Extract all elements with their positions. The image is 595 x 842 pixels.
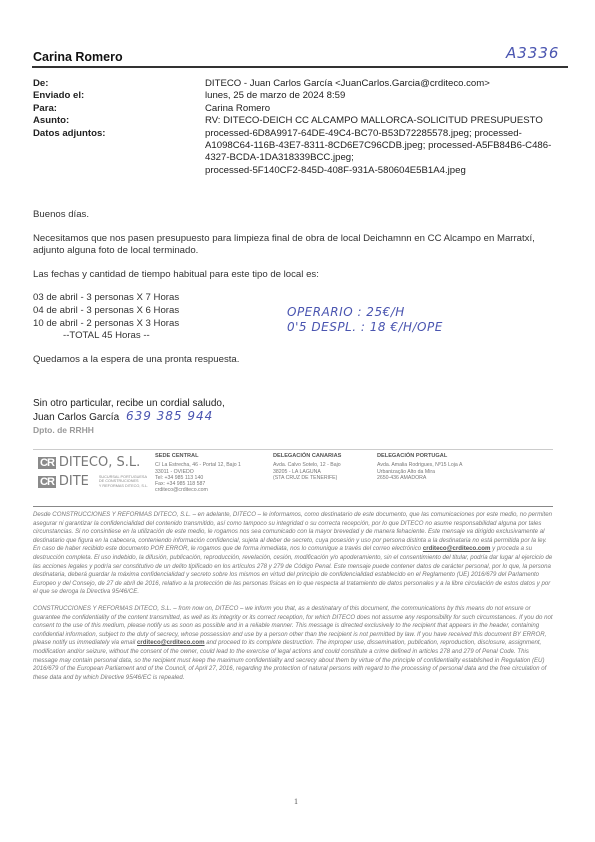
schedule-line: 03 de abril - 3 personas X 7 Horas <box>33 292 553 305</box>
disclaimer-divider <box>33 506 553 507</box>
email-metadata: De: DITECO - Juan Carlos García <JuanCar… <box>33 78 563 177</box>
handwritten-rate-travel: 0'5 DESPL. : 18 €/H/OPE <box>287 320 443 335</box>
attachments-row: Datos adjuntos: processed-6D8A9917-64DE-… <box>33 128 563 178</box>
office-headquarters: SEDE CENTRAL C/ La Estrecha, 46 - Portal… <box>155 453 241 494</box>
sent-value: lunes, 25 de marzo de 2024 8:59 <box>205 90 563 102</box>
sent-row: Enviado el: lunes, 25 de marzo de 2024 8… <box>33 90 563 102</box>
handwritten-rates-note: OPERARIO : 25€/H 0'5 DESPL. : 18 €/H/OPE <box>287 305 443 335</box>
office-email-link[interactable]: crditeco@crditeco.com <box>155 487 241 493</box>
signature-block: Sin otro particular, recibe un cordial s… <box>33 398 225 437</box>
company-logos: CR DITECO, S.L. CR DITE SUCURSAL PORTUGU… <box>38 454 148 492</box>
signature-department: Dpto. de RRHH <box>33 424 225 436</box>
attachments-list: processed-6D8A9917-64DE-49C4-BC70-B53D72… <box>205 128 563 178</box>
mailbox-owner-name: Carina Romero <box>33 50 123 64</box>
disclaimer-email-link[interactable]: crditeco@crditeco.com <box>423 545 491 552</box>
from-value: DITECO - Juan Carlos García <JuanCarlos.… <box>205 78 563 90</box>
letterhead-divider <box>33 449 553 450</box>
handwritten-reference-code: A3336 <box>506 44 559 62</box>
from-row: De: DITECO - Juan Carlos García <JuanCar… <box>33 78 563 90</box>
page-number: 1 <box>294 797 298 806</box>
request-paragraph: Necesitamos que nos pasen presupuesto pa… <box>33 233 553 258</box>
handwritten-phone: 639 385 944 <box>126 409 213 423</box>
office-canarias: DELEGACIÓN CANARIAS Avda. Calvo Sotelo, … <box>273 453 341 481</box>
attachments-label: Datos adjuntos: <box>33 128 205 178</box>
greeting: Buenos días. <box>33 209 553 222</box>
office-portugal: DELEGACIÓN PORTUGAL Avda. Amalia Rodrigu… <box>377 453 462 481</box>
subject-row: Asunto: RV: DITECO-DEICH CC ALCAMPO MALL… <box>33 115 563 127</box>
company-subtitle: SUCURSAL PORTUGUESA DE CONSTRUCIONES Y R… <box>99 475 148 489</box>
to-label: Para: <box>33 103 205 115</box>
handwritten-rate-operator: OPERARIO : 25€/H <box>287 305 443 320</box>
logo-dite-portugal: CR DITE SUCURSAL PORTUGUESA DE CONSTRUCI… <box>38 473 148 490</box>
company-name: DITECO, S.L. <box>59 455 140 470</box>
from-label: De: <box>33 78 205 90</box>
subject-label: Asunto: <box>33 115 205 127</box>
cr-logo-icon: CR <box>38 476 56 488</box>
subject-value: RV: DITECO-DEICH CC ALCAMPO MALLORCA-SOL… <box>205 115 563 127</box>
header-divider <box>32 66 568 68</box>
company-name-short: DITE <box>59 474 89 489</box>
signature-name: Juan Carlos García <box>33 412 119 423</box>
disclaimer-spanish: Desde CONSTRUCCIONES Y REFORMAS DITECO, … <box>33 511 555 597</box>
sent-label: Enviado el: <box>33 90 205 102</box>
to-value: Carina Romero <box>205 103 563 115</box>
attachment-file[interactable]: processed-6D8A9917-64DE-49C4-BC70-B53D72… <box>205 128 472 139</box>
schedule-intro: Las fechas y cantidad de tiempo habitual… <box>33 269 553 282</box>
attachment-file[interactable]: processed-5F140CF2-845D-408F-931A-580604… <box>205 165 466 176</box>
legal-disclaimer: Desde CONSTRUCCIONES Y REFORMAS DITECO, … <box>33 511 555 690</box>
disclaimer-english: CONSTRUCCIONES Y REFORMAS DITECO, S.L. –… <box>33 605 555 682</box>
disclaimer-email-link[interactable]: crditeco@crditeco.com <box>137 639 205 646</box>
closing-line: Quedamos a la espera de una pronta respu… <box>33 354 553 367</box>
signature-name-row: Juan Carlos García 639 385 944 <box>33 410 225 424</box>
cr-logo-icon: CR <box>38 457 56 469</box>
email-body: Buenos días. Necesitamos que nos pasen p… <box>33 209 553 366</box>
logo-diteco: CR DITECO, S.L. <box>38 454 148 471</box>
to-row: Para: Carina Romero <box>33 103 563 115</box>
